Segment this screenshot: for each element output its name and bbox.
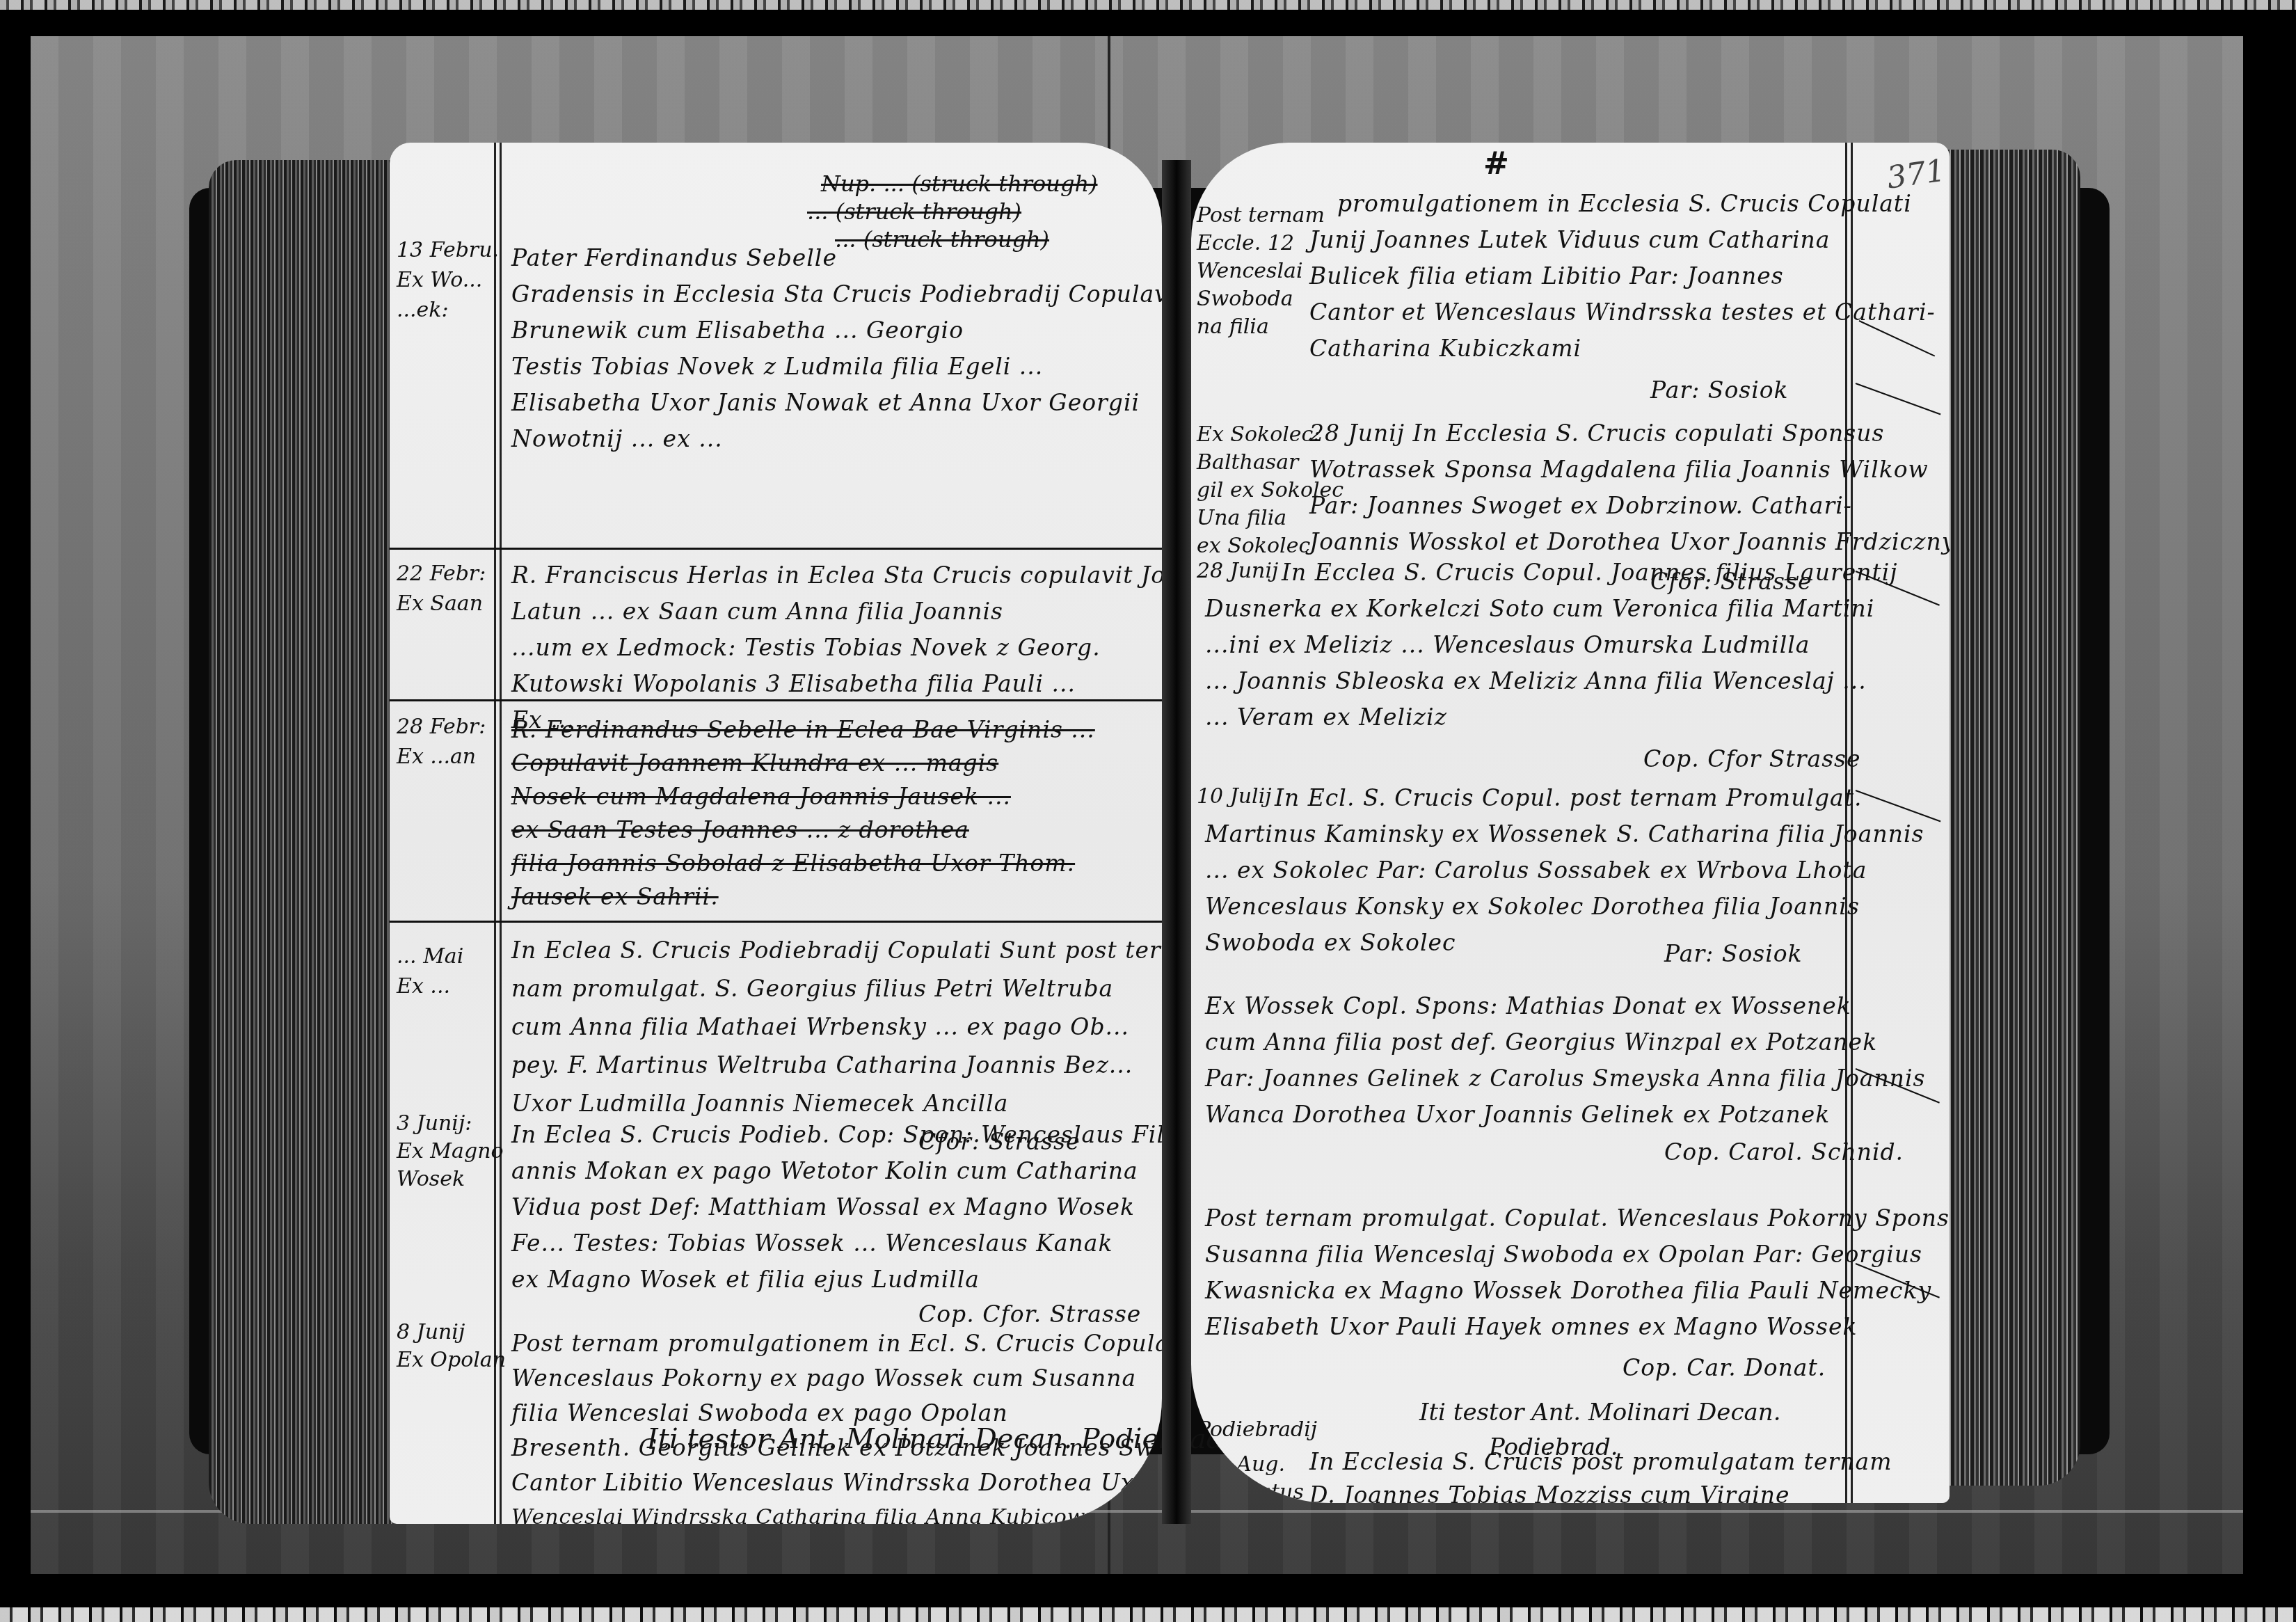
entry-separator — [390, 921, 1162, 923]
entry-origin: Ex Wo... — [397, 267, 482, 294]
entry-line: ...ini ex Meliziz ... Wenceslaus Omurska… — [1205, 627, 1810, 663]
header-note-1: Nup. ... (struck through) — [821, 170, 1098, 197]
entry-line: Post ternam promulgat. Copulat. Wencesla… — [1205, 1200, 1950, 1237]
entry-line: Wenceslai Windrsska Catharina filia Anna… — [511, 1500, 1098, 1524]
entry-note: Copulatus — [1197, 1479, 1304, 1503]
margin-rule-double — [500, 143, 502, 1524]
entry-line: cum Anna filia post def. Georgius Winzpa… — [1205, 1024, 1877, 1060]
entry-line: Par: Joannes Gelinek z Carolus Smeyska A… — [1205, 1060, 1925, 1097]
entry-line: Post ternam promulgationem in Ecl. S. Cr… — [511, 1326, 1162, 1362]
entry-line: Gradensis in Ecclesia Sta Crucis Podiebr… — [511, 276, 1162, 312]
entry-line: Cantor et Wenceslaus Windrsska testes et… — [1309, 294, 1936, 331]
entry-date: 8 Junij — [397, 1319, 465, 1346]
entry-line: ex Saan Testes Joannes ... z dorothea — [511, 812, 969, 848]
entry-line: Wanca Dorothea Uxor Joannis Gelinek ex P… — [1205, 1097, 1830, 1133]
entry-origin: Ex ...an — [397, 743, 476, 771]
entry-date: 14. Aug. — [1197, 1451, 1285, 1479]
entry-origin: Ex Magno — [397, 1138, 504, 1166]
margin-stroke — [1856, 383, 1941, 415]
entry-origin-2: ...ek: — [397, 296, 449, 324]
entry-line: Cop. Car. Donat. — [1623, 1350, 1826, 1386]
entry-line: R. Ferdinandus Sebelle in Eclea Bae Virg… — [511, 712, 1095, 748]
entry-line: Elisabeth Uxor Pauli Hayek omnes ex Magn… — [1205, 1309, 1858, 1345]
entry-margin: na filia — [1197, 313, 1269, 341]
entry-margin: Wenceslai — [1197, 257, 1303, 285]
margin-rule — [494, 143, 496, 1524]
entry-line: Kutowski Wopolanis 3 Elisabetha filia Pa… — [511, 666, 1076, 702]
entry-line: R. Franciscus Herlas in Eclea Sta Crucis… — [511, 557, 1162, 594]
entry-date: ... Mai — [397, 943, 463, 971]
entry-line: nam promulgat. S. Georgius filius Petri … — [511, 971, 1113, 1007]
entry-place: Podiebradij — [1197, 1416, 1317, 1444]
entry-line: In Ecclea S. Crucis Copul. Joannes filiu… — [1282, 555, 1898, 591]
entry-date: 3 Junij: — [397, 1110, 472, 1138]
entry-date: 10 Julij — [1197, 783, 1272, 811]
entry-line: Par: Sosiok — [1664, 936, 1803, 972]
book-gutter — [1162, 160, 1191, 1524]
entry-line: Catharina Kubiczkami — [1309, 331, 1581, 367]
entry-separator — [390, 699, 1162, 701]
entry-date: 22 Febr: — [397, 560, 486, 588]
entry-margin: Swoboda — [1197, 285, 1293, 313]
entry-line: In Ecl. S. Crucis Copul. post ternam Pro… — [1275, 780, 1863, 816]
entry-margin: Balthasar — [1197, 449, 1298, 477]
entry-line: Dusnerka ex Korkelczi Soto cum Veronica … — [1205, 591, 1874, 627]
entry-line: Nosek cum Magdalena Joannis Jausek ... — [511, 779, 1011, 815]
entry-line: Susanna filia Wenceslaj Swoboda ex Opola… — [1205, 1237, 1922, 1273]
right-page-signature-line-1: Iti testor Ant. Molinari Decan. — [1419, 1399, 1780, 1426]
entry-margin: Eccle. 12 — [1197, 230, 1294, 257]
left-page: Nup. ... (struck through) ... (struck th… — [390, 143, 1162, 1524]
entry-line: ... Veram ex Meliziz — [1205, 699, 1447, 736]
entry-line: Wenceslaus Pokorny ex pago Wossek cum Su… — [511, 1360, 1136, 1397]
entry-line: cum Anna filia Mathaei Wrbensky ... ex p… — [511, 1009, 1129, 1045]
entry-line: Wenceslaus Konsky ex Sokolec Dorothea fi… — [1205, 889, 1860, 925]
entry-date: 28 Febr: — [397, 713, 486, 741]
entry-margin: Post ternam — [1197, 202, 1325, 230]
entry-line: Martinus Kaminsky ex Wossenek S. Cathari… — [1205, 816, 1924, 852]
entry-line: filia Joannis Sobolad z Elisabetha Uxor … — [511, 845, 1075, 882]
entry-line: Jausek ex Sahrii. — [511, 879, 719, 915]
header-note-2: ... (struck through) — [807, 198, 1021, 225]
entry-line: Wotrassek Sponsa Magdalena filia Joannis… — [1309, 452, 1929, 488]
entry-line: ...um ex Ledmock: Testis Tobias Novek z … — [511, 630, 1101, 666]
left-page-signature: Iti testor Ant. Molinari Decan. Podiebra… — [647, 1423, 1233, 1455]
microfilm-edge-top — [0, 0, 2296, 10]
entry-origin-2: Wosek — [397, 1166, 465, 1193]
entry-line: Nowotnij ... ex ... — [511, 421, 723, 457]
entry-date: 13 Febru. — [397, 237, 499, 264]
entry-line: Par: Sosiok — [1650, 372, 1789, 408]
entry-line: 28 Junij In Ecclesia S. Crucis copulati … — [1309, 415, 1884, 452]
entry-line: annis Mokan ex pago Wetotor Kolin cum Ca… — [511, 1153, 1138, 1189]
entry-line: Cop. Cfor Strasse — [1643, 741, 1861, 777]
top-mark: # — [1483, 146, 1509, 182]
entry-line: Junij Joannes Lutek Viduus cum Catharina — [1309, 222, 1830, 258]
entry-line: Fe... Testes: Tobias Wossek ... Wencesla… — [511, 1225, 1113, 1262]
entry-separator — [390, 548, 1162, 550]
entry-line: Pater Ferdinandus Sebelle — [511, 240, 837, 276]
entry-origin: Ex Opolan — [397, 1346, 506, 1374]
entry-line: Cop. Carol. Schnid. — [1664, 1134, 1904, 1170]
entry-line: ... Joannis Sbleoska ex Meliziz Anna fil… — [1205, 663, 1867, 699]
entry-line: Latun ... ex Saan cum Anna filia Joannis — [511, 594, 1003, 630]
entry-line: In Eclea S. Crucis Podieb. Cop: Spon: We… — [511, 1117, 1162, 1153]
left-page-stack — [209, 160, 393, 1524]
header-note-3: ... (struck through) — [835, 226, 1049, 253]
entry-margin: Una filia — [1197, 504, 1286, 532]
entry-line: promulgationem in Ecclesia S. Crucis Cop… — [1337, 186, 1912, 222]
entry-line: ex Magno Wosek et filia ejus Ludmilla — [511, 1262, 980, 1298]
entry-line: pey. F. Martinus Weltruba Catharina Joan… — [511, 1047, 1133, 1083]
entry-line: Bulicek filia etiam Libitio Par: Joannes — [1309, 258, 1784, 294]
entry-line: Testis Tobias Novek z Ludmila filia Egel… — [511, 349, 1043, 385]
entry-margin: Ex Sokolec: — [1197, 421, 1320, 449]
entry-origin: Ex ... — [397, 973, 450, 1001]
entry-line: ... ex Sokolec Par: Carolus Sossabek ex … — [1205, 852, 1867, 889]
entry-line: D. Joannes Tobias Mozziss cum Virgine — [1309, 1477, 1790, 1503]
entry-line: Swoboda ex Sokolec — [1205, 925, 1456, 961]
entry-line: Copulavit Joannem Klundra ex ... magis — [511, 745, 998, 781]
microfilm-edge-bottom — [0, 1607, 2296, 1622]
entry-line: Par: Joannes Swoget ex Dobrzinow. Cathar… — [1309, 488, 1852, 524]
right-page-signature-line-2: Podiebrad. — [1489, 1433, 1618, 1461]
right-page-stack — [1941, 150, 2080, 1486]
entry-date: 28 Junij — [1197, 557, 1278, 585]
entry-line: Brunewik cum Elisabetha ... Georgio — [511, 312, 964, 349]
entry-line: Cantor Libitio Wenceslaus Windrsska Doro… — [511, 1465, 1161, 1501]
entry-line: In Eclea S. Crucis Podiebradij Copulati … — [511, 932, 1162, 969]
right-page: 371 # Post ternam Eccle. 12 Wenceslai Sw… — [1191, 143, 1950, 1503]
entry-line: Vidua post Def: Matthiam Wossal ex Magno… — [511, 1189, 1135, 1225]
entry-line: Ex Wossek Copl. Spons: Mathias Donat ex … — [1205, 988, 1851, 1024]
entry-origin: Ex Saan — [397, 590, 483, 618]
entry-line: Elisabetha Uxor Janis Nowak et Anna Uxor… — [511, 385, 1140, 421]
entry-line: Kwasnicka ex Magno Wossek Dorothea filia… — [1205, 1273, 1931, 1309]
